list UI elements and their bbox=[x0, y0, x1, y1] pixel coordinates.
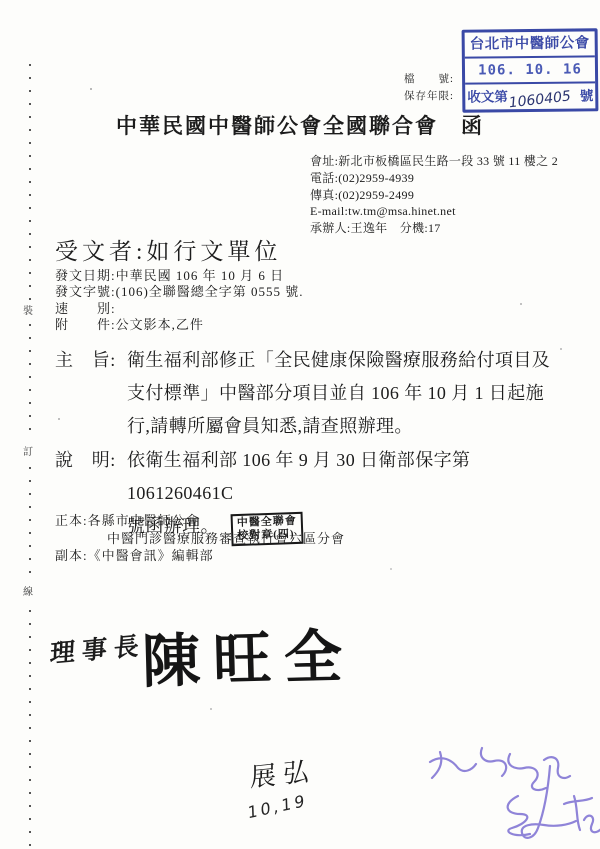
contact-block: 會址:新北市板橋區民生路一段 33 號 11 樓之 2 電話:(02)2959-… bbox=[310, 153, 558, 237]
receipt-stamp-number-row: 收文第 1060405 號 bbox=[465, 83, 595, 109]
explanation-line: 依衛生福利部 106 年 9 月 30 日衛部保字第 1061260461C bbox=[127, 444, 575, 510]
signature-title: 理事長 bbox=[49, 626, 147, 671]
handwritten-date: 10,19 bbox=[247, 791, 307, 823]
distribution-original: 正本:各縣市中醫師公會 bbox=[55, 512, 345, 530]
subject-text: 衛生福利部修正「全民健康保險醫療服務給付項目及 支付標準」中醫部分項目並自 10… bbox=[127, 344, 565, 443]
handwritten-note: 展弘 bbox=[250, 750, 316, 794]
subject-line: 行,請轉所屬會員知悉,請查照辦理。 bbox=[127, 410, 565, 443]
distribution-copy: 副本:《中醫會訊》編輯部 bbox=[55, 547, 345, 565]
contact-fax: 傳真:(02)2959-2499 bbox=[310, 187, 558, 204]
file-header-labels: 檔 號: 保存年限: bbox=[404, 71, 454, 105]
contact-email: E-mail:tw.tm@msa.hinet.net bbox=[310, 203, 558, 220]
receipt-stamp-date: 106. 10. 16 bbox=[465, 57, 595, 84]
binding-dotted-line: 裝 訂 線 bbox=[29, 64, 31, 849]
chairman-signature: 陳旺全 bbox=[141, 609, 356, 699]
receipt-stamp: 台北市中醫師公會 106. 10. 16 收文第 1060405 號 bbox=[462, 28, 599, 112]
subject-label: 主 旨: bbox=[55, 344, 116, 377]
document-title: 中華民國中醫師公會全國聯合會 函 bbox=[0, 110, 600, 140]
meta-speed: 速 別: bbox=[55, 301, 304, 317]
contact-handler: 承辦人:王逸年 分機:17 bbox=[310, 220, 558, 237]
explanation-label: 說 明: bbox=[55, 444, 116, 477]
retention-period-label: 保存年限: bbox=[404, 88, 454, 105]
meta-ref-number: 發文字號:(106)全聯醫總全字第 0555 號. bbox=[55, 284, 304, 300]
receipt-stamp-org: 台北市中醫師公會 bbox=[465, 31, 595, 58]
meta-attachment: 附 件:公文影本,乙件 bbox=[55, 317, 304, 333]
binding-mark-xian: 線 bbox=[23, 581, 33, 600]
receipt-number-prefix: 收文第 bbox=[467, 84, 508, 109]
receipt-number-suffix: 號 bbox=[580, 83, 594, 108]
scanned-official-letter: 裝 訂 線 檔 號: 保存年限: 台北市中醫師公會 106. 10. 16 收文… bbox=[0, 0, 600, 849]
subject-line: 支付標準」中醫部分項目並自 106 年 10 月 1 日起施 bbox=[127, 377, 565, 410]
subject-line: 衛生福利部修正「全民健康保險醫療服務給付項目及 bbox=[127, 344, 565, 377]
distribution-block: 正本:各縣市中醫師公會 中醫門診醫療服務審查執行會六區分會 副本:《中醫會訊》編… bbox=[55, 512, 345, 565]
contact-phone: 電話:(02)2959-4939 bbox=[310, 170, 558, 187]
subject-paragraph: 主 旨: 衛生福利部修正「全民健康保險醫療服務給付項目及 支付標準」中醫部分項目… bbox=[55, 344, 565, 443]
meta-block: 發文日期:中華民國 106 年 10 月 6 日 發文字號:(106)全聯醫總全… bbox=[55, 268, 304, 334]
binding-mark-ding: 訂 bbox=[23, 441, 33, 460]
contact-address: 會址:新北市板橋區民生路一段 33 號 11 樓之 2 bbox=[310, 153, 558, 170]
binding-mark-zhuang: 裝 bbox=[23, 300, 33, 319]
handwritten-pen-scribble bbox=[398, 736, 600, 849]
scan-noise-specks bbox=[90, 88, 92, 90]
file-number-label: 檔 號: bbox=[404, 71, 454, 88]
meta-issue-date: 發文日期:中華民國 106 年 10 月 6 日 bbox=[55, 268, 304, 284]
recipient-line: 受文者:如行文單位 bbox=[55, 233, 281, 266]
distribution-original-2: 中醫門診醫療服務審查執行會六區分會 bbox=[55, 530, 345, 548]
